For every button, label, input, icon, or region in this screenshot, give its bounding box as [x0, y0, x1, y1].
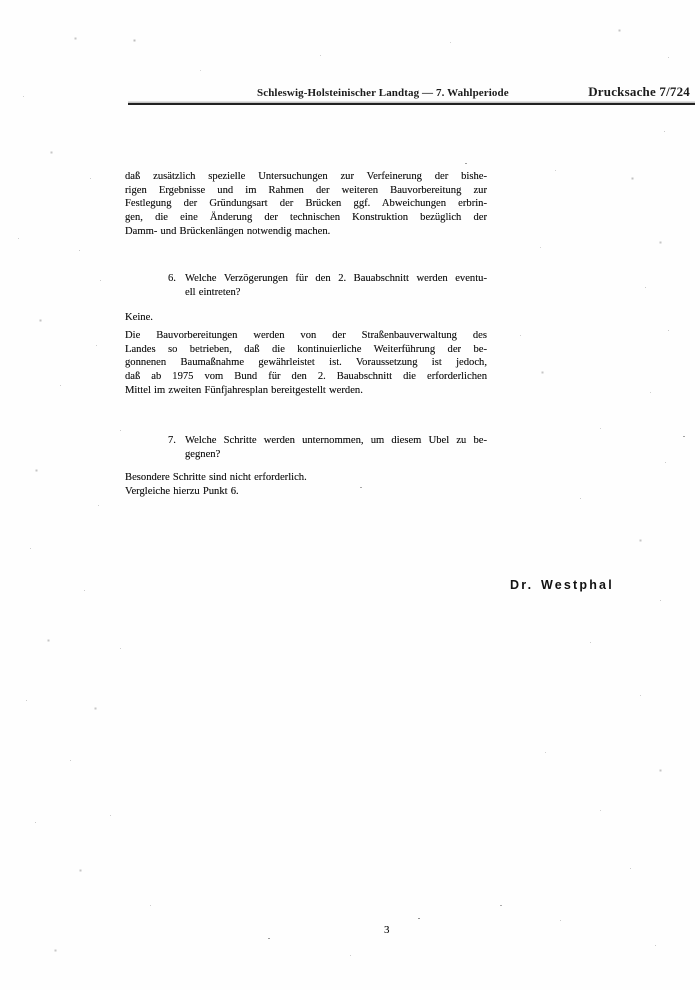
- question-7-number: 7.: [168, 434, 176, 448]
- text-line: Die Bauvorbereitungen werden von der Str…: [125, 329, 487, 343]
- signature: Dr. Westphal: [510, 578, 614, 592]
- text-line: ell eintreten?: [185, 286, 487, 300]
- text-line: Welche Verzögerungen für den 2. Bauabsch…: [185, 272, 487, 286]
- answer-7: Besondere Schritte sind nicht erforderli…: [125, 471, 487, 498]
- text-line: rigen Ergebnisse und im Rahmen der weite…: [125, 184, 487, 198]
- text-line: Vergleiche hierzu Punkt 6.: [125, 485, 487, 499]
- text-line: gonnenen Baumaßnahme gewährleistet ist. …: [125, 356, 487, 370]
- text-line: Welche Schritte werden unternommen, um d…: [185, 434, 487, 448]
- question-6-number: 6.: [168, 272, 176, 286]
- text-line: daß ab 1975 vom Bund für den 2. Bauabsch…: [125, 370, 487, 384]
- header-rule: [128, 103, 695, 105]
- scan-noise-dark: [0, 0, 2, 1]
- question-7: 7. Welche Schritte werden unternommen, u…: [168, 434, 487, 461]
- header-journal-title: Schleswig-Holsteinischer Landtag — 7. Wa…: [257, 87, 509, 99]
- text-line: Damm- und Brückenlängen notwendig machen…: [125, 225, 487, 239]
- document-page: Schleswig-Holsteinischer Landtag — 7. Wa…: [0, 0, 700, 990]
- text-line: gen, die eine Änderung der technischen K…: [125, 211, 487, 225]
- text-line: Mittel im zweiten Fünfjahresplan bereitg…: [125, 384, 487, 398]
- page-number: 3: [384, 924, 390, 936]
- text-line: daß zusätzlich spezielle Untersuchungen …: [125, 170, 487, 184]
- paragraph-2: Die Bauvorbereitungen werden von der Str…: [125, 329, 487, 398]
- paragraph-1: daß zusätzlich spezielle Untersuchungen …: [125, 170, 487, 239]
- question-6: 6. Welche Verzögerungen für den 2. Bauab…: [168, 272, 487, 299]
- header-document-number: Drucksache 7/724: [588, 84, 690, 100]
- text-line: Besondere Schritte sind nicht erforderli…: [125, 471, 487, 485]
- text-line: gegnen?: [185, 448, 487, 462]
- text-line: Landes so betrieben, daß die kontinuierl…: [125, 343, 487, 357]
- answer-6-keine: Keine.: [125, 311, 487, 325]
- text-line: Festlegung der Gründungsart der Brücken …: [125, 197, 487, 211]
